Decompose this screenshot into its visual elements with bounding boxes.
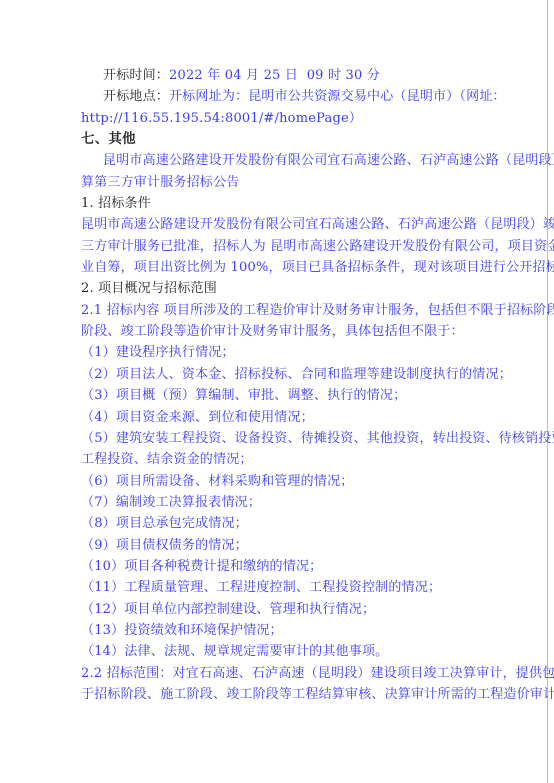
tender-scope-line-1: 2.2 招标范围：对宜石高速、石泸高速（昆明段）建设项目竣工决算审计，提供包括但… [81, 663, 531, 684]
bid-opening-time-value: 2022 年 04 月 25 日 09 时 30 分 [169, 68, 380, 83]
audit-item-8: （8）项目总承包完成情况； [81, 513, 531, 534]
audit-item-13: （13）投资绩效和环境保护情况； [81, 620, 531, 641]
tender-conditions-line-2: 三方审计服务已批准，招标人为 昆明市高速公路建设开发股份有限公司，项目资金来自企 [81, 236, 531, 257]
audit-item-14: （14）法律、法规、规章规定需要审计的其他事项。 [81, 641, 531, 662]
bid-opening-place-label: 开标地点： [103, 89, 169, 104]
audit-item-7: （7）编制竣工决算报表情况； [81, 492, 531, 513]
audit-item-5: （5）建筑安装工程投资、设备投资、待摊投资、其他投资，转出投资、待核销投资，尾工 [81, 428, 531, 449]
audit-item-3: （3）项目概（预）算编制、审批、调整、执行的情况； [81, 385, 531, 406]
bid-opening-place-value: 开标网址为：昆明市公共资源交易中心（昆明市）（网址： [169, 89, 506, 104]
tender-scope-line-2: 于招标阶段、施工阶段、竣工阶段等工程结算审核、决算审计所需的工程造价审计及财务审 [81, 684, 531, 705]
announcement-title-line-1: 昆明市高速公路建设开发股份有限公司宜石高速公路、石泸高速公路（昆明段）竣工决 [81, 150, 531, 171]
section-7-heading: 七、其他 [81, 129, 531, 150]
audit-item-6: （6）项目所需设备、材料采购和管理的情况； [81, 471, 531, 492]
announcement-document: 开标时间：2022 年 04 月 25 日 09 时 30 分 开标地点：开标网… [81, 65, 531, 705]
announcement-title-line-2: 算第三方审计服务招标公告 [81, 172, 531, 193]
audit-item-10: （10）项目各种税费计提和缴纳的情况； [81, 556, 531, 577]
audit-item-9: （9）项目债权债务的情况； [81, 535, 531, 556]
bid-opening-url: http://116.55.195.54:8001/#/homePage） [81, 108, 531, 129]
section-1-heading: 1. 招标条件 [81, 193, 531, 214]
bid-opening-time-label: 开标时间： [103, 68, 169, 83]
bid-opening-time-line: 开标时间：2022 年 04 月 25 日 09 时 30 分 [81, 65, 531, 86]
audit-item-1: （1）建设程序执行情况； [81, 342, 531, 363]
audit-item-4: （4）项目资金来源、到位和使用情况； [81, 407, 531, 428]
bid-opening-place-line: 开标地点：开标网址为：昆明市公共资源交易中心（昆明市）（网址： [81, 86, 531, 107]
tender-content-line-2: 阶段、竣工阶段等造价审计及财务审计服务，具体包括但不限于： [81, 321, 531, 342]
audit-item-12: （12）项目单位内部控制建设、管理和执行情况； [81, 599, 531, 620]
audit-item-2: （2）项目法人、资本金、招标投标、合同和监理等建设制度执行的情况； [81, 364, 531, 385]
section-2-heading: 2. 项目概况与招标范围 [81, 278, 531, 299]
announcement-page: 开标时间：2022 年 04 月 25 日 09 时 30 分 开标地点：开标网… [0, 0, 554, 783]
tender-conditions-line-3: 业自筹，项目出资比例为 100%，项目已具备招标条件，现对该项目进行公开招标。 [81, 257, 531, 278]
tender-content-line-1: 2.1 招标内容 项目所涉及的工程造价审计及财务审计服务，包括但不限于招标阶段、… [81, 300, 531, 321]
tender-conditions-line-1: 昆明市高速公路建设开发股份有限公司宜石高速公路、石泸高速公路（昆明段）竣工决算第 [81, 214, 531, 235]
audit-item-5-continued: 工程投资、结余资金的情况； [81, 449, 531, 470]
audit-item-11: （11）工程质量管理、工程进度控制、工程投资控制的情况； [81, 577, 531, 598]
